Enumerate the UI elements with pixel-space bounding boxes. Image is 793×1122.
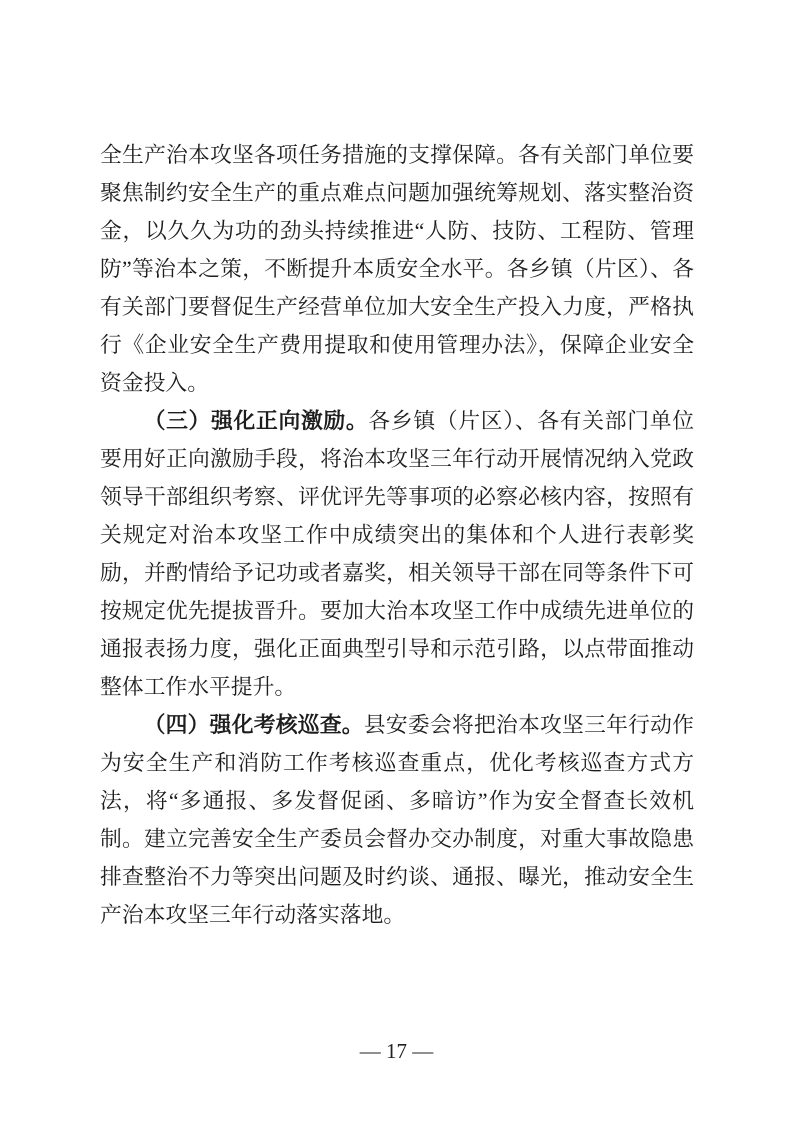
paragraph-text: 县安委会将把治本攻坚三年行动作为安全生产和消防工作考核巡查重点，优化考核巡查方式… (100, 713, 694, 927)
paragraph-item-3: （三）强化正向激励。各乡镇（片区）、各有关部门单位要用好正向激励手段，将治本攻坚… (100, 402, 694, 706)
paragraph-continuation: 全生产治本攻坚各项任务措施的支撑保障。各有关部门单位要聚焦制约安全生产的重点难点… (100, 136, 694, 402)
paragraph-item-4: （四）强化考核巡查。县安委会将把治本攻坚三年行动作为安全生产和消防工作考核巡查重… (100, 706, 694, 934)
paragraph-text: 全生产治本攻坚各项任务措施的支撑保障。各有关部门单位要聚焦制约安全生产的重点难点… (100, 143, 694, 395)
page-number: — 17 — (0, 1038, 793, 1064)
paragraph-lead-heading: （四）强化考核巡查。 (144, 712, 364, 737)
body-text-block: 全生产治本攻坚各项任务措施的支撑保障。各有关部门单位要聚焦制约安全生产的重点难点… (100, 136, 694, 934)
paragraph-lead-heading: （三）强化正向激励。 (144, 408, 369, 433)
document-page: 全生产治本攻坚各项任务措施的支撑保障。各有关部门单位要聚焦制约安全生产的重点难点… (0, 0, 793, 1122)
paragraph-text: 各乡镇（片区）、各有关部门单位要用好正向激励手段，将治本攻坚三年行动开展情况纳入… (100, 409, 694, 699)
